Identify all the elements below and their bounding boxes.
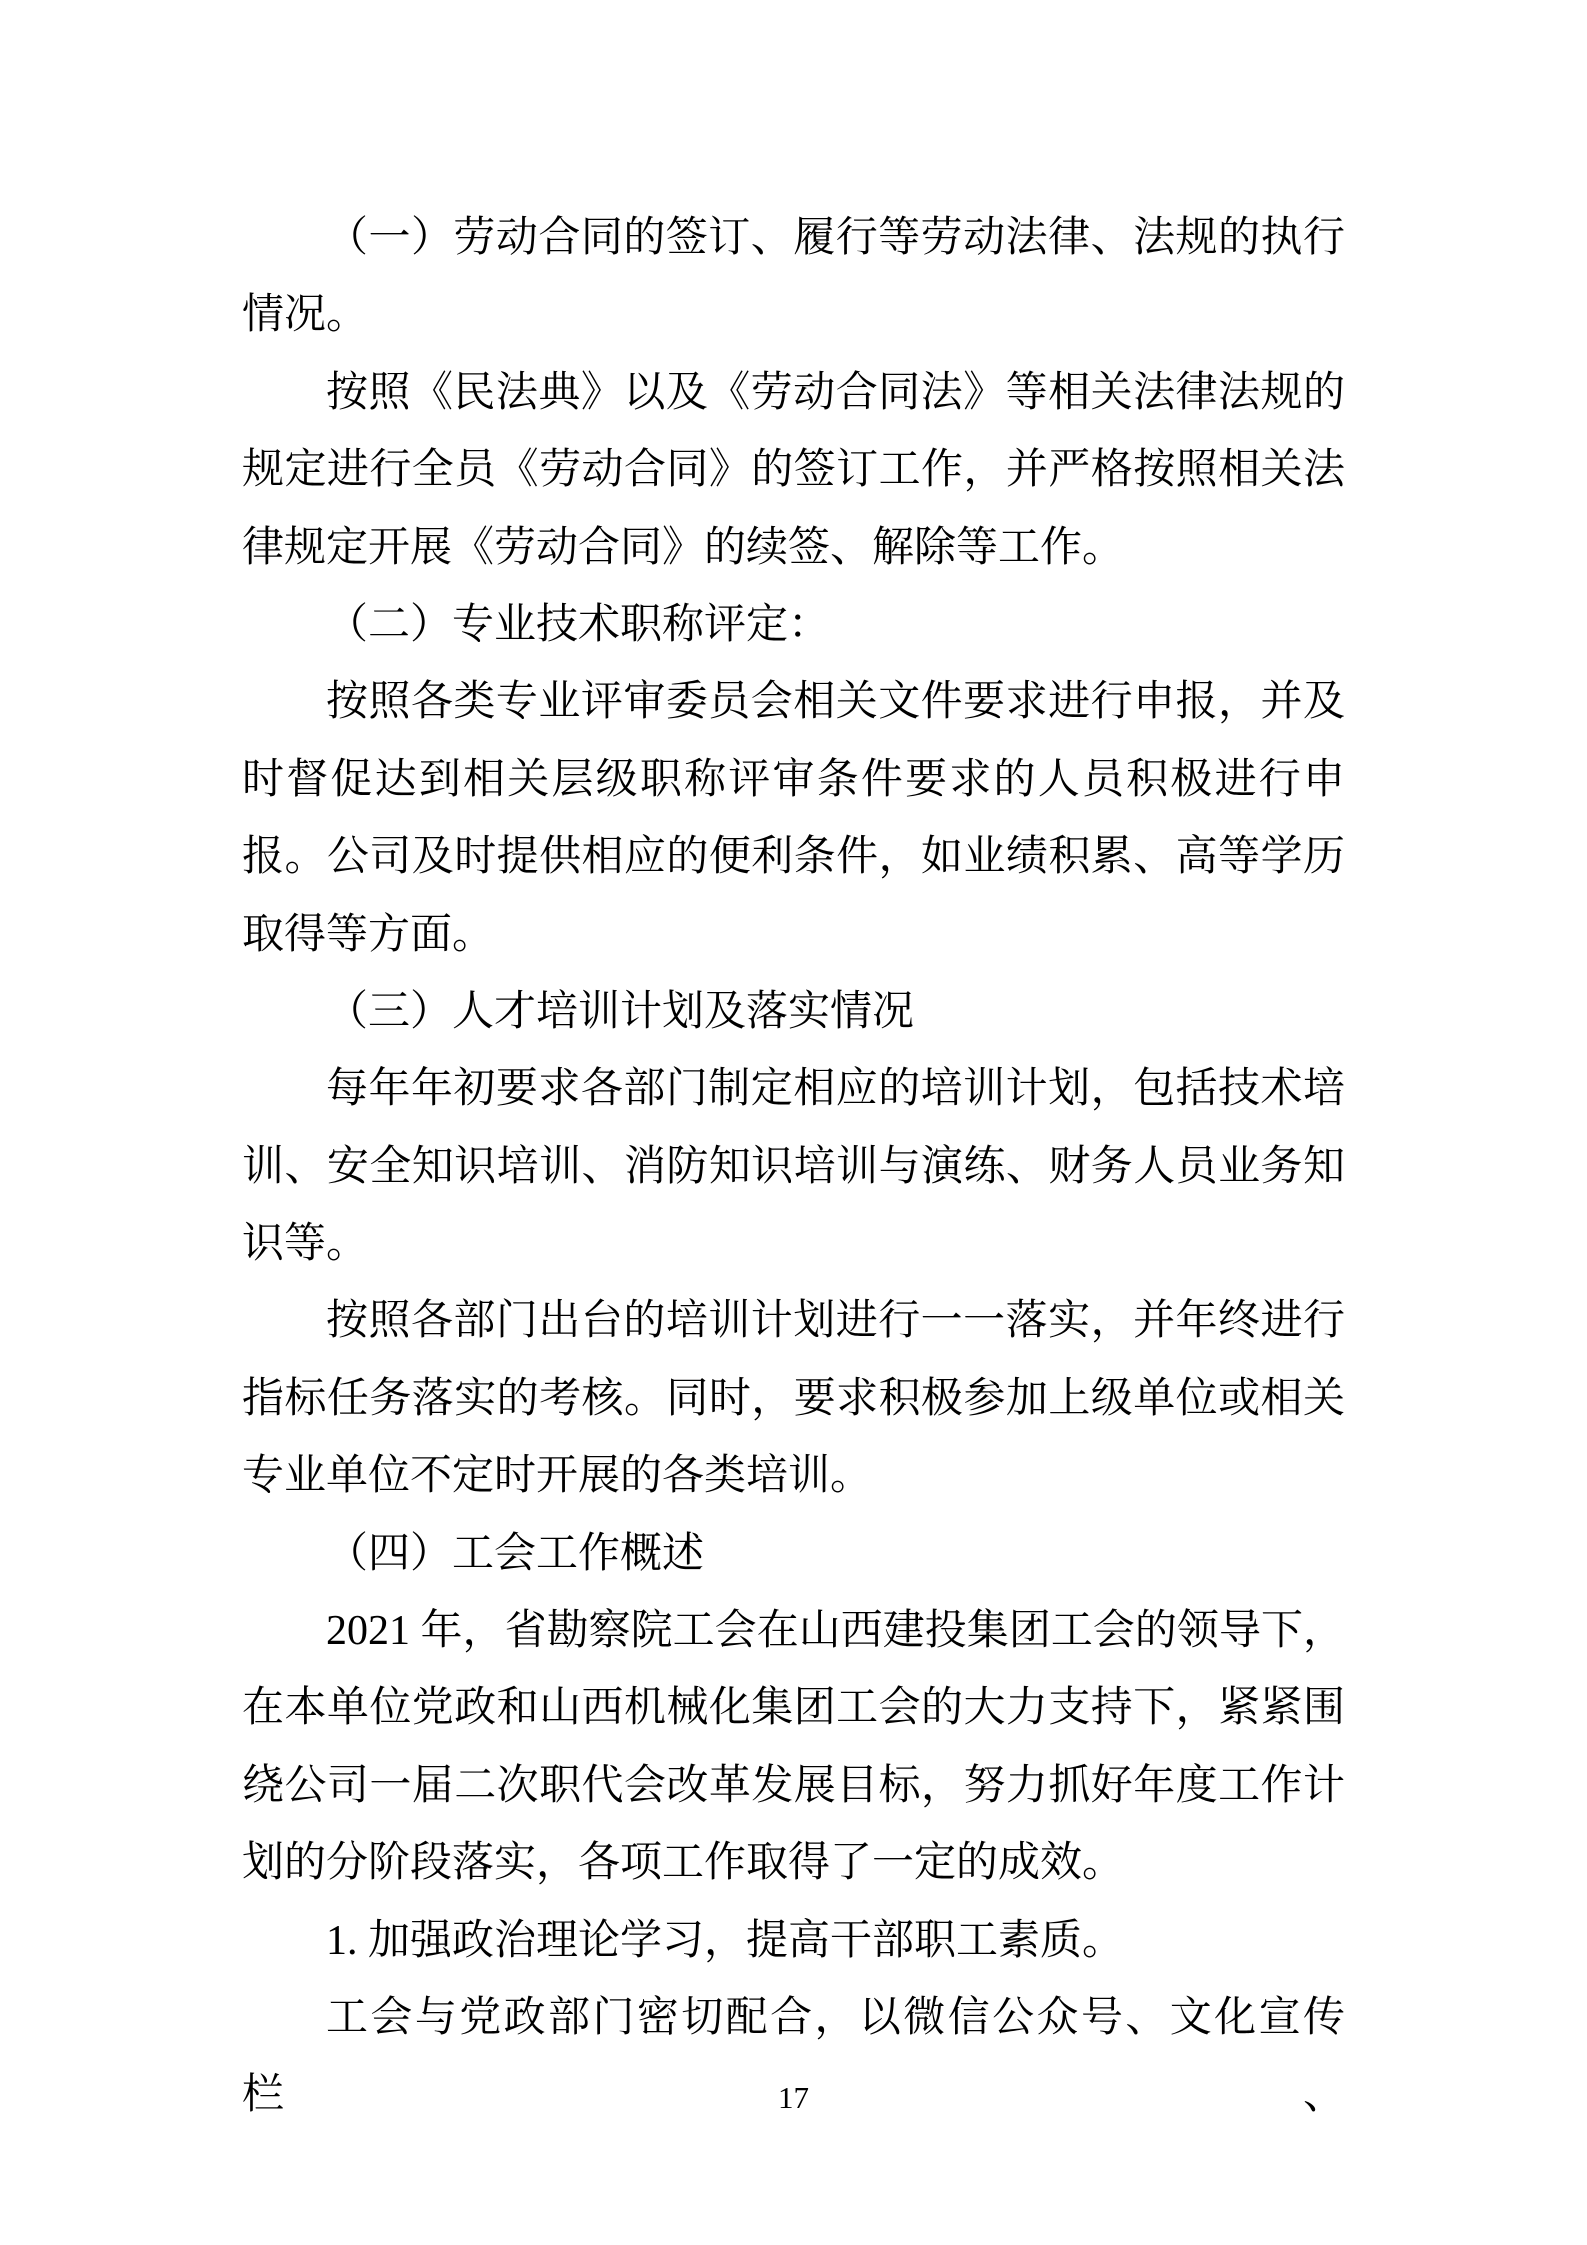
text-line: 取得等方面。 (242, 897, 1345, 974)
document-page: （一）劳动合同的签订、履行等劳动法律、法规的执行情况。按照《民法典》以及《劳动合… (0, 0, 1587, 2245)
text-line: 划的分阶段落实，各项工作取得了一定的成效。 (242, 1825, 1345, 1902)
text-line: 训、安全知识培训、消防知识培训与演练、财务人员业务知 (242, 1129, 1345, 1206)
text-line: 时督促达到相关层级职称评审条件要求的人员积极进行申 (242, 742, 1345, 819)
text-line: 律规定开展《劳动合同》的续签、解除等工作。 (242, 510, 1345, 587)
text-line: 指标任务落实的考核。同时，要求积极参加上级单位或相关 (242, 1361, 1345, 1438)
text-line: （一）劳动合同的签订、履行等劳动法律、法规的执行 (242, 200, 1345, 277)
text-line: 规定进行全员《劳动合同》的签订工作，并严格按照相关法 (242, 432, 1345, 509)
text-line: 识等。 (242, 1206, 1345, 1283)
text-line: 按照各类专业评审委员会相关文件要求进行申报，并及 (242, 664, 1345, 741)
text-line: 工会与党政部门密切配合，以微信公众号、文化宣传栏、 (242, 1980, 1345, 2057)
text-line: （二）专业技术职称评定： (242, 587, 1345, 664)
document-body: （一）劳动合同的签订、履行等劳动法律、法规的执行情况。按照《民法典》以及《劳动合… (242, 200, 1345, 2057)
text-line: 按照《民法典》以及《劳动合同法》等相关法律法规的 (242, 355, 1345, 432)
text-line: 专业单位不定时开展的各类培训。 (242, 1438, 1345, 1515)
text-line: 情况。 (242, 277, 1345, 354)
text-line: 2021 年，省勘察院工会在山西建投集团工会的领导下， (242, 1593, 1345, 1670)
page-number: 17 (0, 2076, 1587, 2120)
text-line: 报。公司及时提供相应的便利条件，如业绩积累、高等学历 (242, 819, 1345, 896)
text-line: （三）人才培训计划及落实情况 (242, 974, 1345, 1051)
text-line: （四）工会工作概述 (242, 1516, 1345, 1593)
text-line: 绕公司一届二次职代会改革发展目标，努力抓好年度工作计 (242, 1748, 1345, 1825)
text-line: 按照各部门出台的培训计划进行一一落实，并年终进行 (242, 1283, 1345, 1360)
text-line: 在本单位党政和山西机械化集团工会的大力支持下，紧紧围 (242, 1670, 1345, 1747)
text-line: 每年年初要求各部门制定相应的培训计划，包括技术培 (242, 1051, 1345, 1128)
text-line: 1. 加强政治理论学习，提高干部职工素质。 (242, 1903, 1345, 1980)
